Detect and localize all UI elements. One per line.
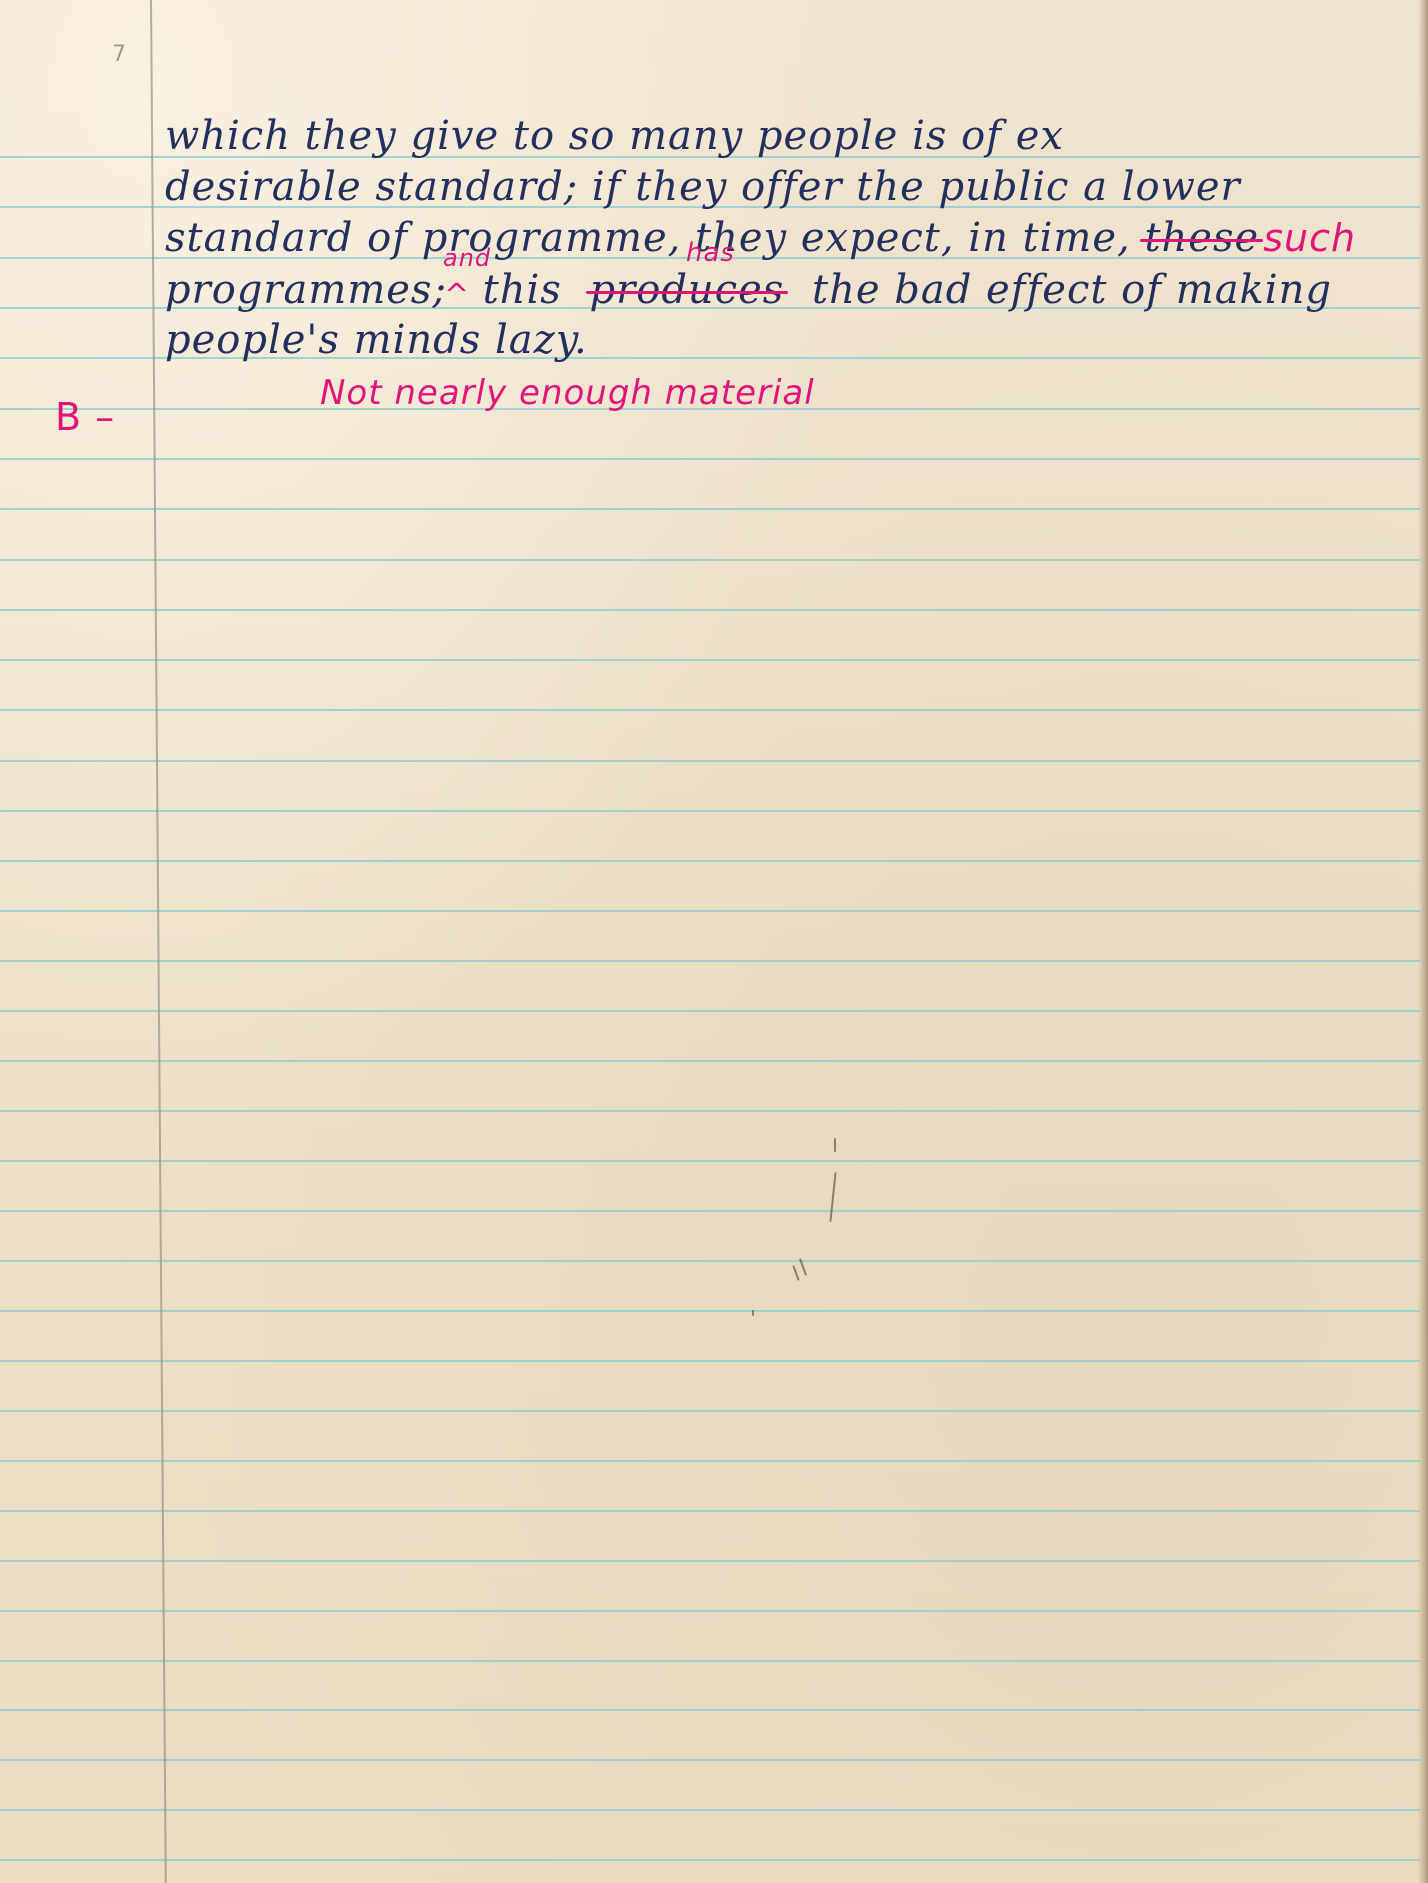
notebook-page: 7 which they give to so many people is o… xyxy=(0,0,1428,1883)
ruled-line xyxy=(0,458,1420,460)
stray-mark xyxy=(834,1138,836,1152)
ruled-line xyxy=(0,1410,1420,1412)
ruled-line xyxy=(0,810,1420,812)
ruled-line xyxy=(0,1310,1420,1312)
essay-line-3: standard of programme, they expect, in t… xyxy=(165,218,1356,258)
essay-line-3-text: standard of programme, they expect, in t… xyxy=(165,215,1131,261)
page-edge-shadow xyxy=(1418,0,1428,1883)
insertion-caret: ^ xyxy=(444,278,469,313)
ruled-line xyxy=(0,709,1420,711)
ruled-line xyxy=(0,1160,1420,1162)
ruled-line xyxy=(0,1610,1420,1612)
essay-line-4: programmes; this produces the bad effect… xyxy=(165,270,1332,310)
grade-mark: B – xyxy=(55,398,115,436)
ruled-line xyxy=(0,1809,1420,1811)
ruled-line xyxy=(0,1709,1420,1711)
essay-line-1: which they give to so many people is of … xyxy=(165,116,1064,156)
struck-word-these: these xyxy=(1144,218,1259,258)
ruled-line xyxy=(0,960,1420,962)
essay-line-4-rest: the bad effect of making xyxy=(812,267,1332,313)
ruled-line xyxy=(0,1660,1420,1662)
ruled-line xyxy=(0,1560,1420,1562)
ruled-line xyxy=(0,609,1420,611)
ruled-line xyxy=(0,1060,1420,1062)
essay-line-4-this: this xyxy=(483,267,562,313)
essay-line-4-start: programmes; xyxy=(165,267,447,313)
correction-such: such xyxy=(1263,216,1356,260)
ruled-line xyxy=(0,1859,1420,1861)
stray-mark xyxy=(752,1310,754,1316)
ruled-line xyxy=(0,760,1420,762)
essay-line-2: desirable standard; if they offer the pu… xyxy=(165,167,1241,207)
essay-line-5: people's minds lazy. xyxy=(165,320,588,360)
ruled-line xyxy=(0,1210,1420,1212)
ruled-line xyxy=(0,659,1420,661)
ruled-line xyxy=(0,1510,1420,1512)
ruled-line xyxy=(0,1110,1420,1112)
teacher-comment: Not nearly enough material xyxy=(320,376,815,410)
struck-word-produces: produces xyxy=(590,270,785,310)
ruled-line xyxy=(0,1260,1420,1262)
pencil-page-mark: 7 xyxy=(112,42,126,67)
ruled-line xyxy=(0,508,1420,510)
ruled-line xyxy=(0,860,1420,862)
insertion-and: and xyxy=(443,246,491,270)
correction-has: has xyxy=(686,240,735,266)
ruled-line xyxy=(0,1759,1420,1761)
ruled-line xyxy=(0,1010,1420,1012)
ruled-line xyxy=(0,910,1420,912)
ruled-line xyxy=(0,1460,1420,1462)
ruled-line xyxy=(0,559,1420,561)
ruled-line xyxy=(0,1360,1420,1362)
